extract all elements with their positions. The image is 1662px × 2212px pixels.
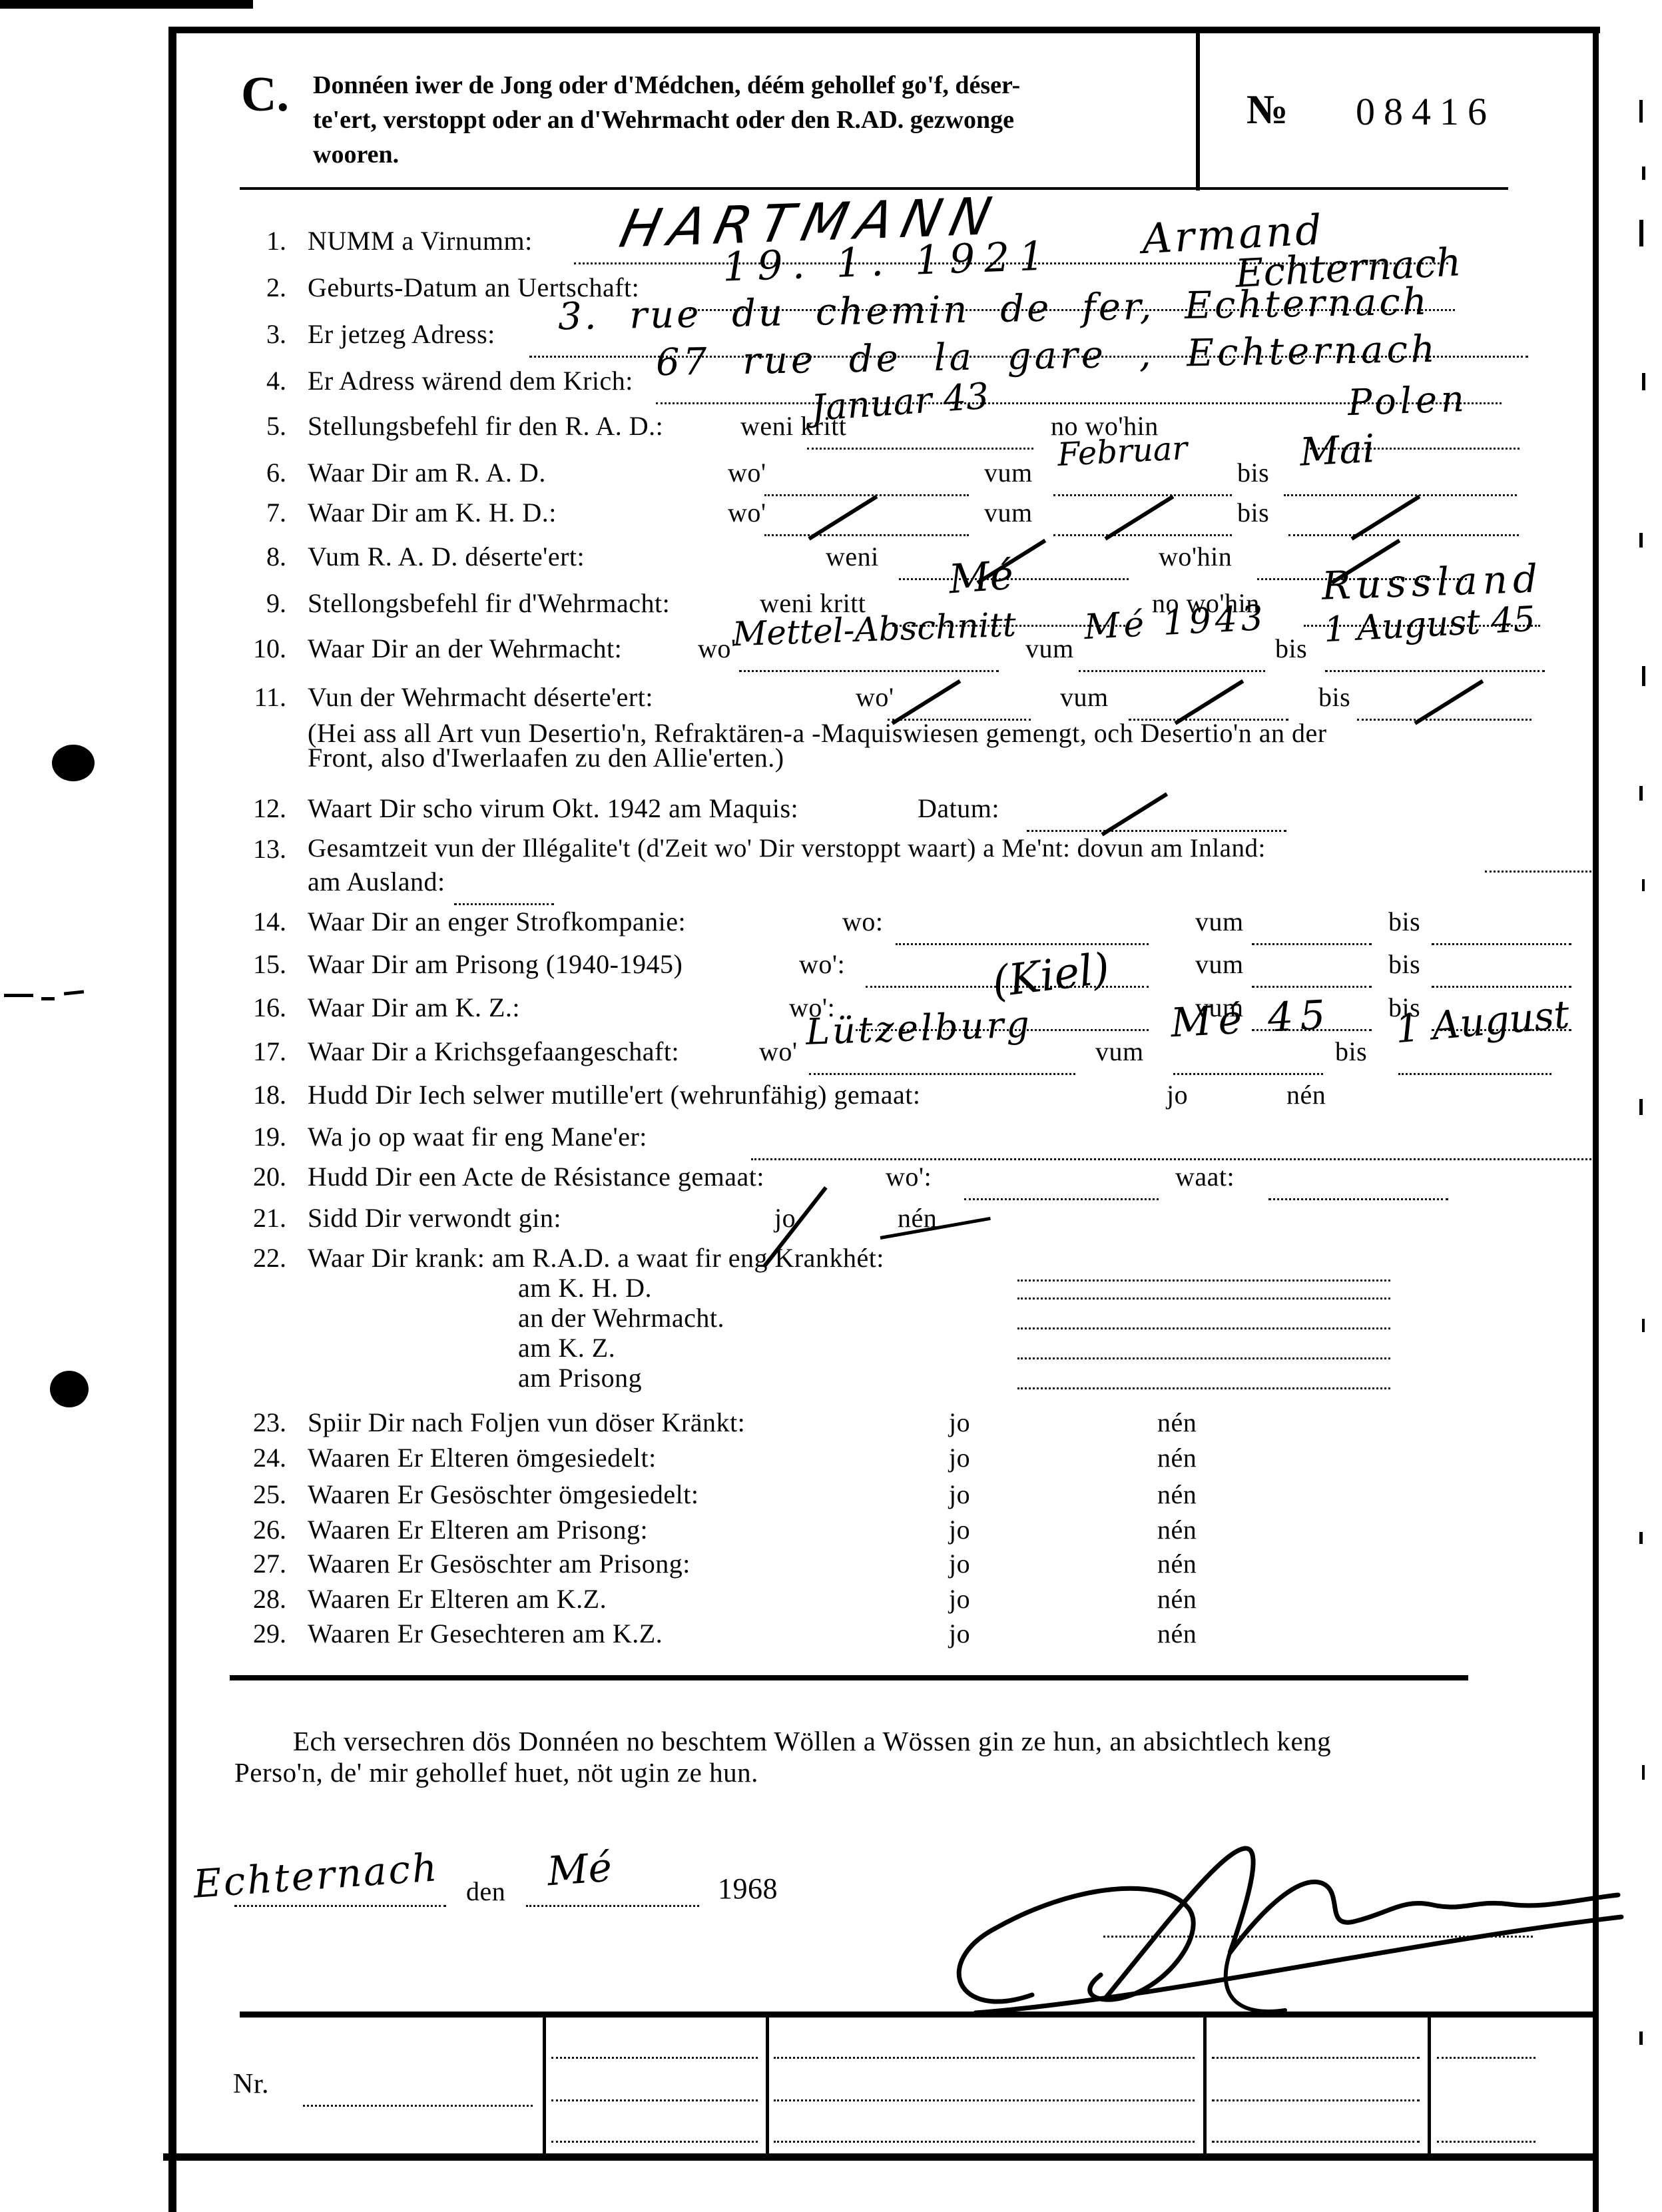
item-label: Waaren Er Elteren ömgesiedelt: xyxy=(308,1442,657,1473)
item-number: 26. xyxy=(232,1514,286,1545)
dotted-line xyxy=(896,943,1149,945)
dotted-line xyxy=(764,534,969,536)
item-label: Waart Dir scho virum Okt. 1942 am Maquis… xyxy=(308,793,798,824)
option-nen: nén xyxy=(1157,1479,1197,1510)
item-number: 4. xyxy=(232,365,286,396)
scan-speck xyxy=(1642,373,1645,390)
handwritten-to: Mai xyxy=(1298,426,1376,475)
number-sign: № xyxy=(1246,87,1288,134)
dotted-line xyxy=(807,448,1033,450)
field-label-bis: bis xyxy=(1275,633,1307,664)
item-number: 21. xyxy=(232,1202,286,1234)
handwritten-where: Lützelburg xyxy=(805,1003,1033,1053)
field-label-wo: wo' xyxy=(759,1036,798,1067)
handwritten-when: Mé xyxy=(948,552,1015,603)
dotted-line xyxy=(454,903,554,905)
scan-speck xyxy=(1639,1532,1643,1544)
dotted-line xyxy=(1079,670,1265,672)
field-label-weni: weni xyxy=(826,541,879,572)
dotted-line xyxy=(1053,534,1232,536)
dotted-line xyxy=(774,2099,1195,2101)
item-label: Waar Dir am K. H. D.: xyxy=(308,497,557,528)
field-label-wo: wo' xyxy=(698,633,736,664)
item-label: Waaren Er Elteren am K.Z. xyxy=(308,1583,607,1615)
item-label: Waaren Er Gesöschter ömgesiedelt: xyxy=(308,1479,699,1510)
scan-speck xyxy=(1642,1319,1645,1332)
handwritten-month: Mé xyxy=(546,1844,614,1896)
item-label: Hudd Dir een Acte de Résistance gemaat: xyxy=(308,1161,764,1192)
section-rule xyxy=(230,1675,1468,1680)
handwritten-from: Mé 45 xyxy=(1169,992,1333,1047)
scan-speck xyxy=(1642,167,1645,180)
item-number: 24. xyxy=(232,1442,286,1473)
field-label-bis: bis xyxy=(1335,1036,1367,1067)
item-sublabel-khd: am K. H. D. xyxy=(518,1272,652,1303)
field-label-vum: vum xyxy=(1195,948,1244,980)
item-number: 20. xyxy=(232,1161,286,1192)
item-label: NUMM a Virnumm: xyxy=(308,225,533,256)
item-number: 19. xyxy=(232,1121,286,1152)
item-number: 29. xyxy=(232,1618,286,1649)
hole-punch-icon xyxy=(52,745,95,781)
field-label-vum: vum xyxy=(1060,681,1109,713)
option-jo: jo xyxy=(1167,1079,1188,1110)
handwritten-from: Mé 1943 xyxy=(1083,598,1268,647)
table-divider xyxy=(766,2018,769,2153)
form-number: 08416 xyxy=(1356,89,1496,134)
item-number: 11. xyxy=(232,681,286,713)
dotted-line xyxy=(1252,943,1372,945)
item-label: Waar Dir am R. A. D. xyxy=(308,457,546,488)
dotted-line xyxy=(1288,534,1519,536)
field-label-vum: vum xyxy=(1095,1036,1144,1067)
header-line-3: wooren. xyxy=(313,140,399,169)
handwritten-when: Januar 43 xyxy=(810,375,990,429)
item-number: 25. xyxy=(232,1479,286,1510)
item-label: Er jetzeg Adress: xyxy=(308,318,495,350)
scan-speck xyxy=(1642,666,1645,686)
field-label-wo: wo': xyxy=(886,1161,932,1192)
option-jo: jo xyxy=(949,1514,970,1545)
dotted-line xyxy=(1212,2099,1420,2101)
field-label-wohin: wo'hin xyxy=(1159,541,1232,572)
option-nen: nén xyxy=(1157,1442,1197,1473)
scan-speck xyxy=(1639,786,1643,801)
field-label-waat: waat: xyxy=(1175,1161,1235,1192)
item-note-line-2: Front, also d'Iwerlaafen zu den Allie'er… xyxy=(308,742,784,773)
dotted-line xyxy=(964,1198,1159,1200)
dotted-line xyxy=(1437,2141,1535,2143)
item-number: 10. xyxy=(232,633,286,664)
handwritten-kz-place: (Kiel) xyxy=(989,944,1112,1008)
option-nen: nén xyxy=(1157,1548,1197,1579)
item-label: Wa jo op waat fir eng Mane'er: xyxy=(308,1121,647,1152)
dotted-line xyxy=(1432,943,1571,945)
field-label-vum: vum xyxy=(1195,906,1244,937)
field-label-wo: wo' xyxy=(728,497,766,528)
dotted-line xyxy=(1325,670,1545,672)
item-label: Spiir Dir nach Foljen vun döser Kränkt: xyxy=(308,1407,745,1438)
dotted-line xyxy=(1284,494,1517,496)
scan-smudge-top xyxy=(0,0,253,9)
scan-speck xyxy=(1639,220,1643,246)
dotted-line xyxy=(899,578,1129,580)
declaration-line-2: Perso'n, de' mir gehollef huet, nöt ugin… xyxy=(234,1756,758,1788)
option-nen: nén xyxy=(1157,1618,1197,1649)
handwritten-signature xyxy=(929,1838,1635,2025)
scan-dash xyxy=(4,994,33,997)
dotted-line xyxy=(1437,2057,1535,2059)
dotted-line xyxy=(1268,1198,1448,1200)
handwritten-place: Echternach xyxy=(192,1844,440,1907)
field-label-wo: wo' xyxy=(856,681,894,713)
option-jo: jo xyxy=(949,1407,970,1438)
option-nen: nén xyxy=(1286,1079,1326,1110)
table-divider xyxy=(543,2018,546,2153)
field-label-wo: wo: xyxy=(842,906,884,937)
dotted-line xyxy=(774,2141,1195,2143)
item-number: 3. xyxy=(232,318,286,350)
item-number: 14. xyxy=(232,906,286,937)
item-number: 5. xyxy=(232,410,286,442)
option-nen: nén xyxy=(1157,1407,1197,1438)
dotted-line xyxy=(774,2057,1195,2059)
item-number: 15. xyxy=(232,948,286,980)
scanned-form-page: C. Donnéen iwer de Jong oder d'Médchen, … xyxy=(0,0,1662,2212)
field-label-vum: vum xyxy=(1025,633,1074,664)
item-number: 9. xyxy=(232,587,286,619)
option-jo: jo xyxy=(949,1442,970,1473)
item-label: Waar Dir am K. Z.: xyxy=(308,992,520,1023)
scan-speck xyxy=(1642,879,1645,891)
handwritten-from: Februar xyxy=(1057,430,1189,474)
section-letter: C. xyxy=(241,67,289,123)
item-number: 8. xyxy=(232,541,286,572)
scan-dash xyxy=(64,990,84,995)
scan-speck xyxy=(1639,100,1643,123)
dotted-line xyxy=(1017,1297,1390,1299)
handwritten-war-address: 67 rue de la gare , Echternach xyxy=(656,328,1439,384)
dotted-line xyxy=(303,2105,533,2107)
item-number: 2. xyxy=(232,272,286,303)
scan-dash xyxy=(41,997,55,1000)
item-number: 7. xyxy=(232,497,286,528)
table-border-bottom xyxy=(163,2153,1595,2161)
dotted-line xyxy=(526,1905,699,1907)
frame-border-left xyxy=(168,27,176,2212)
header-rule xyxy=(240,187,1508,190)
dotted-line xyxy=(1212,2141,1420,2143)
dotted-line xyxy=(1017,1327,1390,1329)
dotted-line xyxy=(1432,986,1571,988)
item-label: Vum R. A. D. déserte'ert: xyxy=(308,541,585,572)
dotted-line xyxy=(1017,1357,1390,1359)
field-label-wo: wo' xyxy=(728,457,766,488)
item-sublabel-kz: am K. Z. xyxy=(518,1332,615,1363)
scan-speck xyxy=(1642,1765,1645,1780)
item-label-ausland: am Ausland: xyxy=(308,866,445,897)
item-label: Sidd Dir verwondt gin: xyxy=(308,1202,561,1234)
item-number: 27. xyxy=(232,1548,286,1579)
option-nen: nén xyxy=(1157,1514,1197,1545)
header-line-2: te'ert, verstoppt oder an d'Wehrmacht od… xyxy=(313,105,1014,135)
field-label-bis: bis xyxy=(1388,906,1420,937)
dotted-line xyxy=(1017,1280,1390,1282)
item-label: Waaren Er Gesöschter am Prisong: xyxy=(308,1548,691,1579)
field-label-datum: Datum: xyxy=(918,793,999,824)
handwritten-where: Polen xyxy=(1347,378,1469,424)
table-divider xyxy=(1203,2018,1207,2153)
scan-speck xyxy=(1639,533,1643,548)
item-label: Stellungsbefehl fir den R. A. D.: xyxy=(308,410,663,442)
dotted-line xyxy=(1252,986,1372,988)
dotted-line xyxy=(1027,830,1286,832)
dotted-line xyxy=(234,1905,446,1907)
date-label-den: den xyxy=(466,1876,505,1907)
dotted-line xyxy=(551,2057,758,2059)
option-nen: nén xyxy=(1157,1583,1197,1615)
frame-border-top xyxy=(168,27,1600,33)
item-label: Gesamtzeit vun der Illégalite't (d'Zeit … xyxy=(308,833,1266,863)
item-label: Hudd Dir Iech selwer mutille'ert (wehrun… xyxy=(308,1079,921,1110)
item-sublabel-wehrmacht: an der Wehrmacht. xyxy=(518,1302,724,1333)
option-jo: jo xyxy=(949,1583,970,1615)
item-label: Vun der Wehrmacht déserte'ert: xyxy=(308,681,653,713)
hole-punch-icon xyxy=(50,1371,89,1407)
item-label: Stellongsbefehl fir d'Wehrmacht: xyxy=(308,587,670,619)
dotted-line xyxy=(739,670,999,672)
dotted-line xyxy=(809,1073,1075,1075)
dotted-line xyxy=(1053,494,1232,496)
dotted-line xyxy=(764,494,969,496)
item-label: Er Adress wärend dem Krich: xyxy=(308,365,633,396)
item-sublabel-prisong: am Prisong xyxy=(518,1362,642,1393)
item-label: Waar Dir am Prisong (1940-1945) xyxy=(308,948,683,980)
dotted-line xyxy=(1212,2057,1420,2059)
table-divider xyxy=(1428,2018,1431,2153)
field-label-vum: vum xyxy=(984,457,1033,488)
field-label-bis: bis xyxy=(1237,497,1269,528)
dotted-line xyxy=(1173,1073,1323,1075)
item-number: 1. xyxy=(232,225,286,256)
item-number: 18. xyxy=(232,1079,286,1110)
item-label: Waaren Er Elteren am Prisong: xyxy=(308,1514,648,1545)
item-label: Waar Dir a Krichsgefaangeschaft: xyxy=(308,1036,679,1067)
dotted-line xyxy=(1398,1073,1551,1075)
item-label: Waar Dir an enger Strofkompanie: xyxy=(308,906,686,937)
item-label: Waar Dir krank: am R.A.D. a waat fir eng… xyxy=(308,1242,884,1274)
field-label-bis: bis xyxy=(1237,457,1269,488)
dotted-line xyxy=(551,2141,758,2143)
item-label: Waaren Er Gesechteren am K.Z. xyxy=(308,1618,663,1649)
declaration-line-1: Ech versechren dös Donnéen no beschtem W… xyxy=(293,1725,1331,1757)
option-jo: jo xyxy=(949,1479,970,1510)
dotted-line xyxy=(751,1158,1591,1160)
dotted-line xyxy=(1017,1387,1390,1389)
item-number: 13. xyxy=(232,833,286,865)
field-label-wo: wo': xyxy=(799,948,845,980)
option-jo: jo xyxy=(949,1618,970,1649)
dotted-line xyxy=(1485,871,1591,873)
item-number: 23. xyxy=(232,1407,286,1438)
date-year: 1968 xyxy=(718,1872,778,1906)
footer-nr-label: Nr. xyxy=(233,2068,269,2100)
table-border-top xyxy=(240,2012,1595,2018)
field-label-bis: bis xyxy=(1388,948,1420,980)
field-label-vum: vum xyxy=(984,497,1033,528)
item-label: Waar Dir an der Wehrmacht: xyxy=(308,633,622,664)
item-number: 17. xyxy=(232,1036,286,1067)
dotted-line xyxy=(1357,719,1531,721)
scan-speck xyxy=(1639,1099,1643,1115)
header-divider xyxy=(1196,33,1200,190)
item-number: 6. xyxy=(232,457,286,488)
option-jo: jo xyxy=(949,1548,970,1579)
field-label-bis: bis xyxy=(1318,681,1350,713)
scan-speck xyxy=(1639,2031,1643,2045)
item-number: 16. xyxy=(232,992,286,1023)
item-number: 12. xyxy=(232,793,286,824)
header-line-1: Donnéen iwer de Jong oder d'Médchen, déé… xyxy=(313,71,1020,100)
item-number: 28. xyxy=(232,1583,286,1615)
item-number: 22. xyxy=(232,1242,286,1274)
dotted-line xyxy=(551,2099,758,2101)
